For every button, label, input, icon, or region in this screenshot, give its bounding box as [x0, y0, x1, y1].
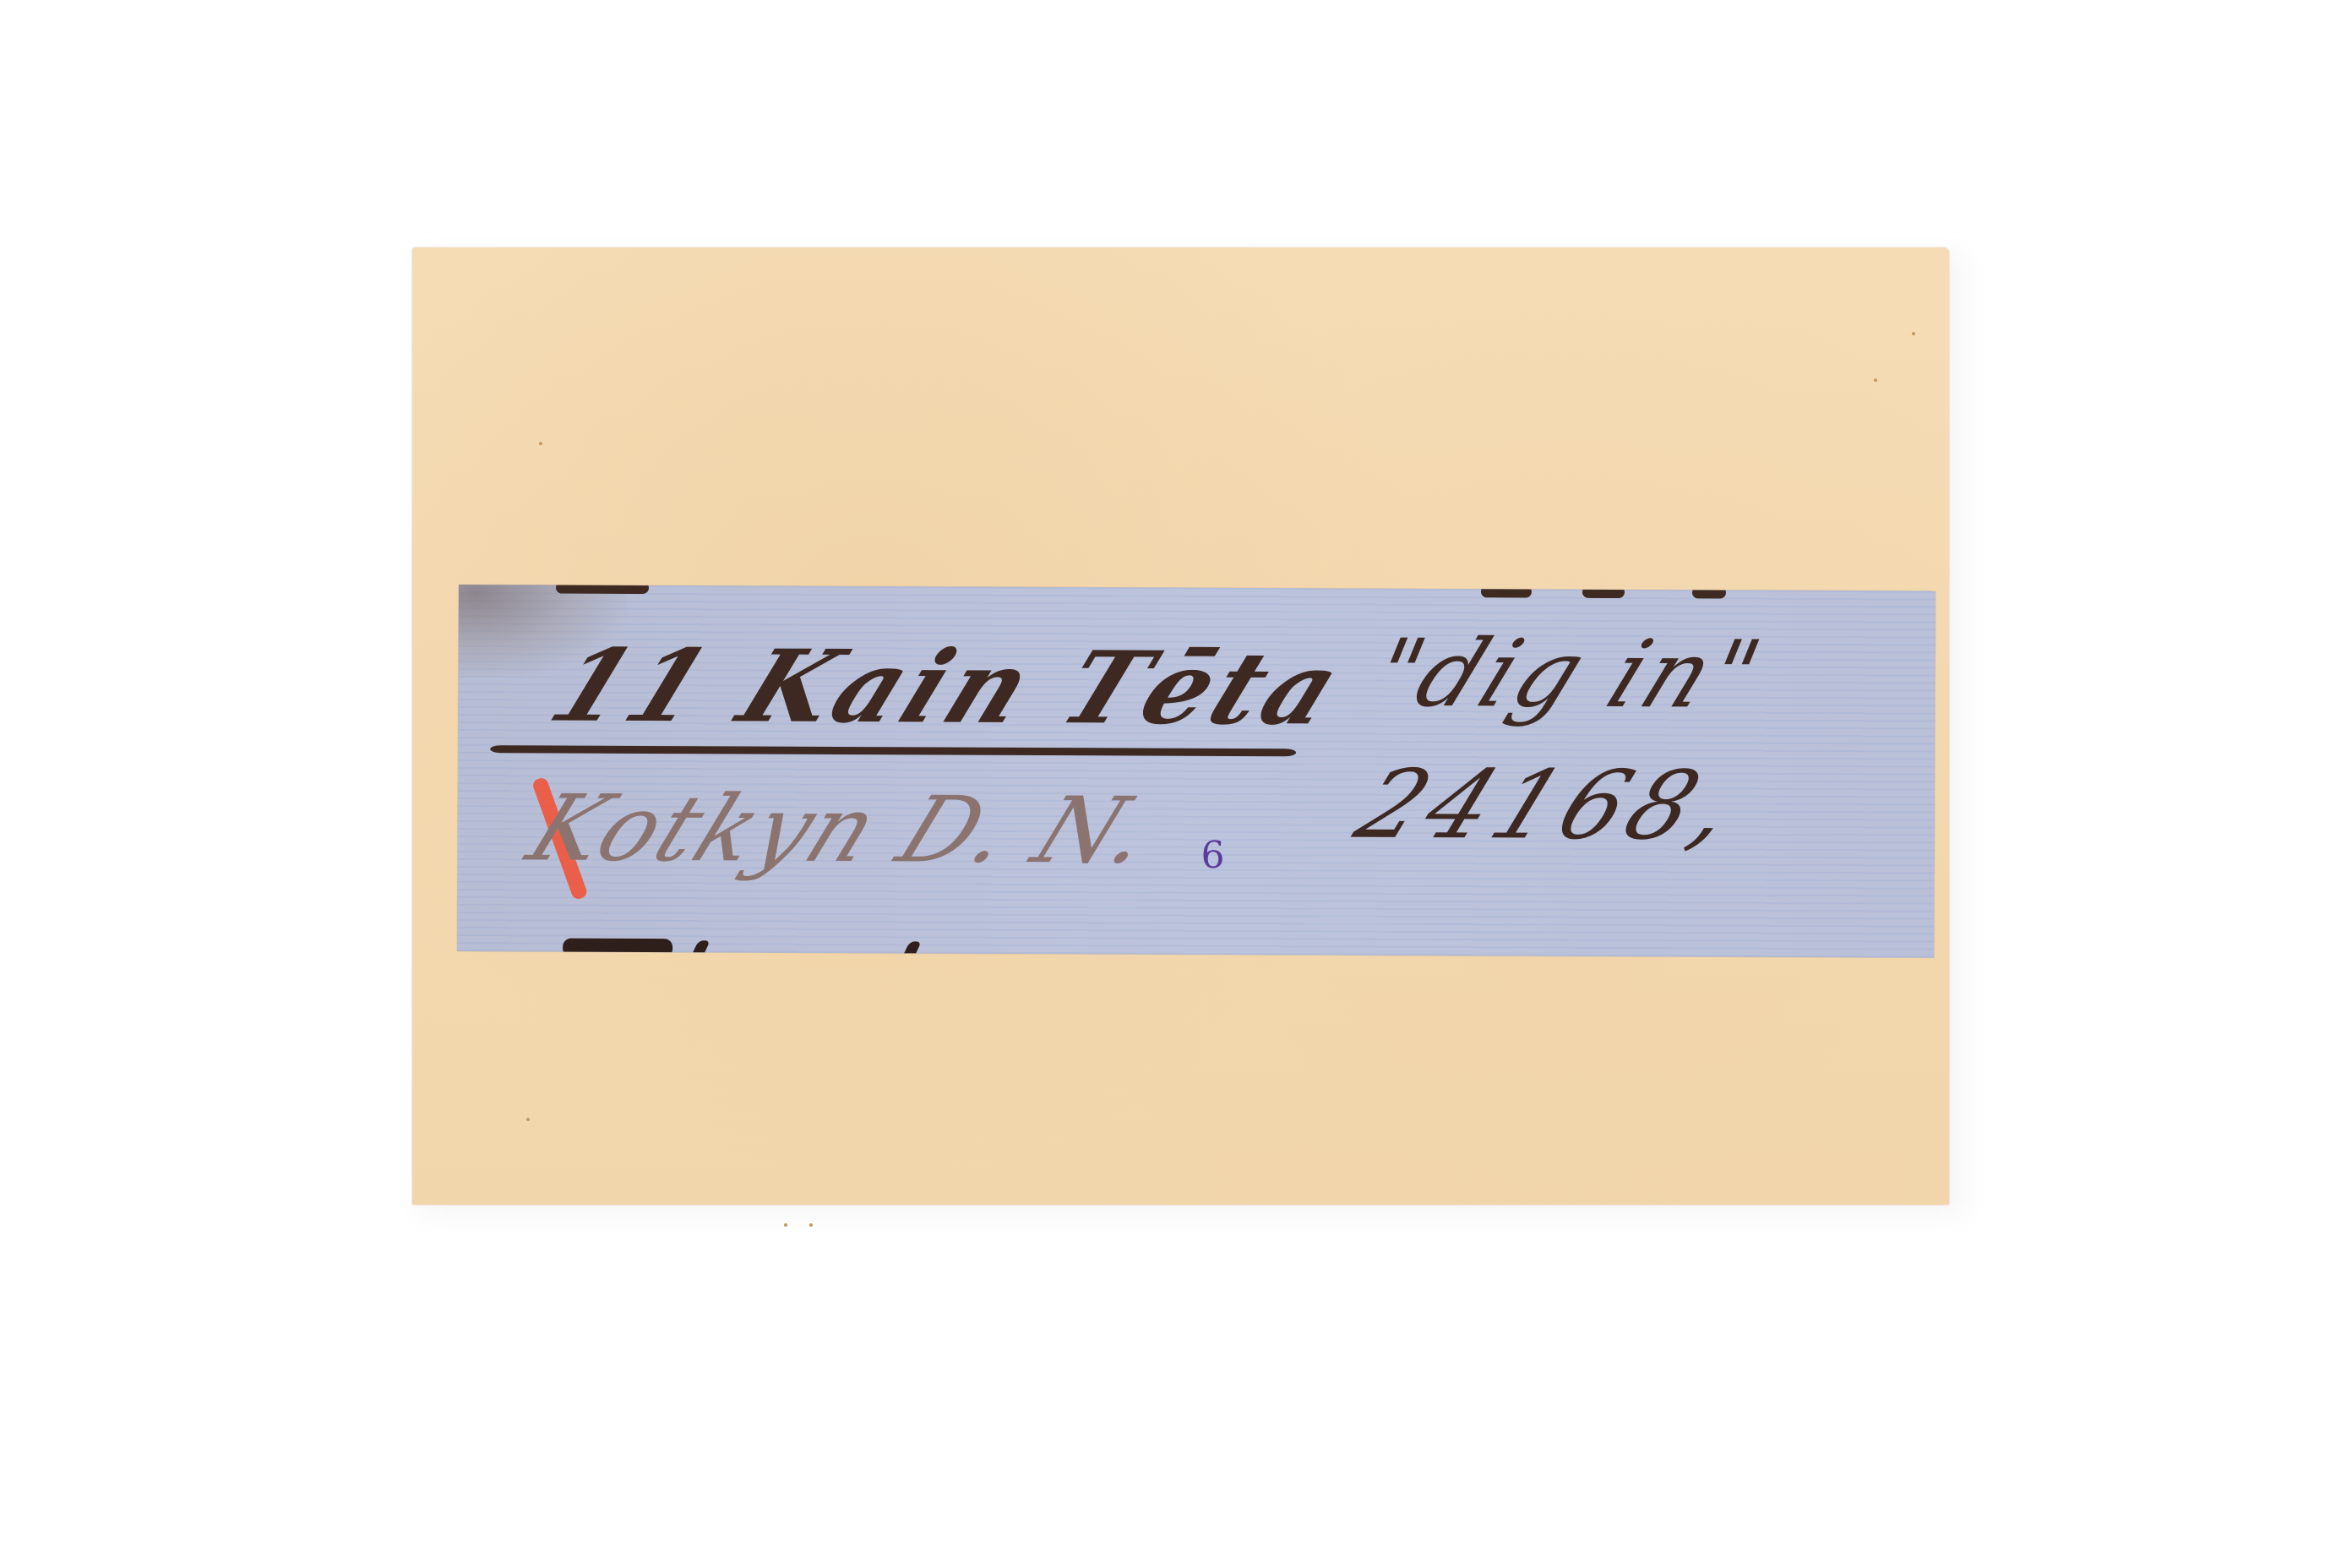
paper-speck — [526, 1118, 530, 1121]
title-underline — [490, 745, 1296, 756]
specimen-number: 24168, — [1345, 758, 1756, 854]
paper-speck — [539, 442, 542, 445]
pencil-annotation: 6 — [1201, 837, 1225, 874]
paper-speck — [1912, 332, 1915, 335]
paper-speck — [784, 1223, 787, 1227]
label-quote: "dig in" — [1358, 627, 1776, 721]
paper-speck — [809, 1223, 813, 1227]
photo-stage: 11 Kain Tēta "dig in" Kotkyn D. N. 24168… — [0, 0, 2352, 1568]
cut-ink-stroke — [556, 585, 649, 594]
label-title: 11 Kain Tēta — [538, 636, 1358, 739]
collector-name: Kotkyn D. N. — [517, 783, 1168, 877]
paper-speck — [1874, 378, 1877, 382]
handwritten-label-strip: 11 Kain Tēta "dig in" Kotkyn D. N. 24168… — [457, 585, 1935, 958]
